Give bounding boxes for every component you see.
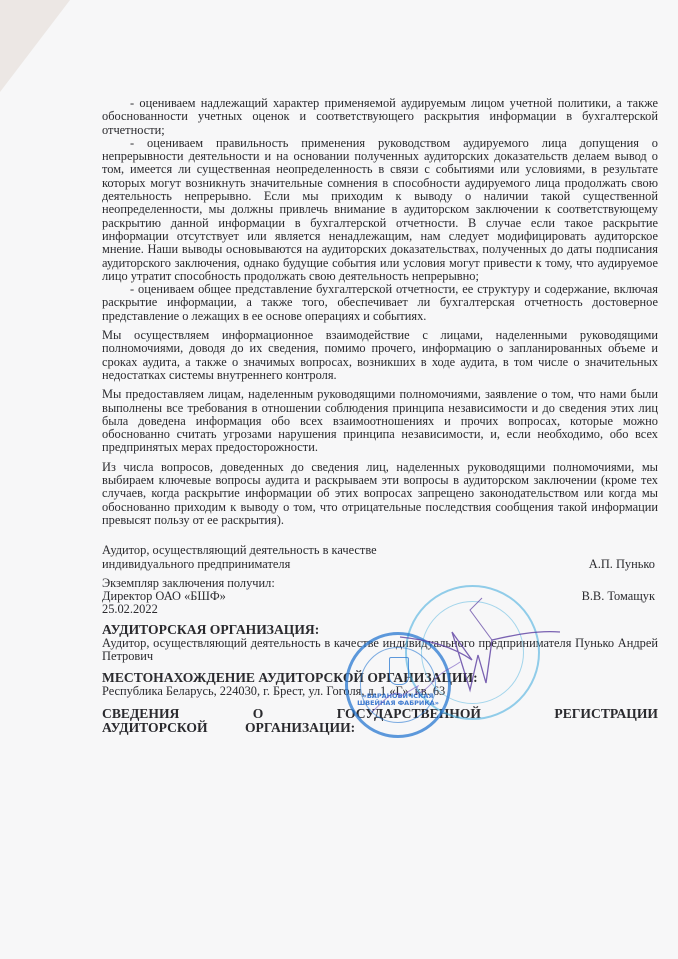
auditor-signature-block: Аудитор, осуществляющий деятельность в к… — [102, 544, 658, 571]
paragraph-going-concern: - оцениваем правильность применения руко… — [102, 137, 658, 283]
auditor-title-line2: индивидуального предпринимателя — [102, 557, 290, 571]
paragraph-independence: Мы предоставляем лицам, наделенным руков… — [102, 388, 658, 454]
paragraph-overall-presentation: - оцениваем общее представление бухгалте… — [102, 283, 658, 323]
director-name: В.В. Томащук — [582, 590, 655, 603]
scanned-page: - оцениваем надлежащий характер применяе… — [0, 0, 678, 959]
stamp-logo-icon — [389, 657, 409, 685]
stamp-company-name: «БАРАНОВИЧСКАЯ ШВЕЙНАЯ ФАБРИКА» — [348, 693, 448, 707]
received-copy-line: Экземпляр заключения получил: — [102, 576, 275, 590]
recipient-signature-block: Экземпляр заключения получил: Директор О… — [102, 577, 658, 617]
paragraph-accounting-policy: - оцениваем надлежащий характер применяе… — [102, 97, 658, 137]
signature-date: 25.02.2022 — [102, 602, 158, 616]
paragraph-key-audit-matters: Из числа вопросов, доведенных до сведени… — [102, 461, 658, 527]
paragraph-communication: Мы осуществляем информационное взаимодей… — [102, 329, 658, 382]
folded-corner — [0, 0, 70, 92]
auditor-title-line1: Аудитор, осуществляющий деятельность в к… — [102, 543, 377, 557]
round-stamp-company: «БАРАНОВИЧСКАЯ ШВЕЙНАЯ ФАБРИКА» — [345, 632, 451, 738]
director-title: Директор ОАО «БШФ» — [102, 589, 226, 603]
auditor-name: А.П. Пунько — [589, 558, 655, 571]
